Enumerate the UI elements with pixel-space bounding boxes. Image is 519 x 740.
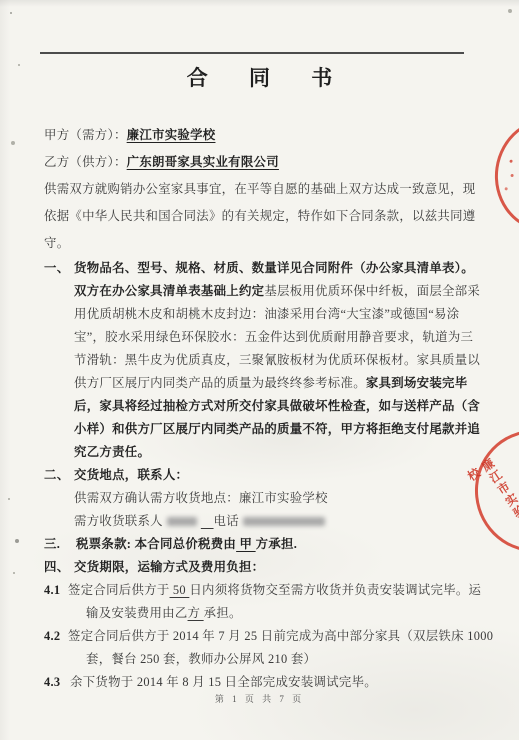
title-rule: [40, 52, 464, 54]
clause-3: 三.税票条款: 本合同总价税费由 甲 方承担.: [44, 533, 488, 556]
redacted-blur: [243, 517, 325, 526]
text-segment: 小样）和供方厂区展厅内同类产品的质量不符，甲方将拒绝支付尾款并追: [74, 422, 480, 436]
text-line: 宝”，胶水采用绿色环保胶水：五金件达到优质耐用静音要求，轨道为三: [74, 326, 488, 349]
text-line: 套，餐台 250 套，教师办公屏风 210 套）: [86, 648, 488, 671]
text-line: 4.3余下货物于 2014 年 8 月 15 日全部完成安装调试完毕。: [44, 671, 488, 694]
clause-2: 二、交货地点，联系人：供需双方确认需方收货地点：廉江市实验学校需方收货联系人 电…: [44, 464, 488, 533]
text-segment: [201, 514, 214, 528]
text-segment: 供需双方确认需方收货地点：廉江市实验学校: [74, 491, 328, 505]
text-segment: 廉江市实验学校: [127, 128, 216, 142]
text-segment: 双方在办公家具清单表基础上约定: [74, 284, 264, 298]
text-line: 4.1签定合同后供方于 50 日内须将货物交至需方收货并负责安装调试完毕。运: [44, 579, 488, 602]
clause-1: 一、货物品名、型号、规格、材质、数量详见合同附件（办公家具清单表）。双方在办公家…: [44, 257, 488, 464]
clause-4-3: 4.3余下货物于 2014 年 8 月 15 日全部完成安装调试完毕。: [44, 671, 488, 694]
text-segment: 供需双方就购销办公室家具事宜，在平等自愿的基础上双方达成一致意见，现: [44, 182, 475, 196]
clause-marker: 4.2: [44, 625, 68, 648]
text-segment: 甲: [236, 537, 256, 551]
text-segment: 交货期限，运输方式及费用负担：: [74, 560, 264, 574]
text-line: 节滑轨：黑牛皮为优质真皮，三聚氰胺板材为优质环保板材。家具质量以: [74, 349, 488, 372]
party-b-line: 乙方（供方）：广东朗哥家具实业有限公司: [44, 149, 488, 176]
text-line: 究乙方责任。: [74, 441, 488, 464]
text-segment: 供方厂区展厅内同类产品的质量为最终终参考标准。: [74, 376, 366, 390]
clause-4-1: 4.1签定合同后供方于 50 日内须将货物交至需方收货并负责安装调试完毕。运输及…: [44, 579, 488, 625]
text-segment: 甲方（需方）：: [44, 128, 127, 142]
clause-marker: 四、: [44, 556, 74, 579]
page-number: 第 1 页 共 7 页: [0, 692, 519, 705]
page-title: 合 同 书: [0, 62, 519, 92]
redacted-blur: [167, 517, 197, 526]
text-line: 四、交货期限，运输方式及费用负担：: [44, 556, 488, 579]
text-segment: 交货地点，联系人：: [74, 468, 188, 482]
scan-speck: [10, 12, 12, 14]
text-segment: 用优质胡桃木皮和胡桃木皮封边：油漆采用台湾“大宝漆”或德国“易涂: [74, 307, 459, 321]
text-line: 需方收货联系人 电话: [74, 510, 488, 533]
party-a-line: 甲方（需方）：廉江市实验学校: [44, 122, 488, 149]
text-segment: 输及安装费用由乙: [86, 606, 188, 620]
preamble: 供需双方就购销办公室家具事宜，在平等自愿的基础上双方达成一致意见，现依据《中华人…: [44, 176, 488, 257]
text-line: 输及安装费用由乙方 承担。: [86, 602, 488, 625]
text-segment: 货物品名、型号、规格、材质、数量详见合同附件（办公家具清单表）。: [74, 261, 474, 275]
text-segment: 依据《中华人民共和国合同法》的有关规定，特作如下合同条款，以兹共同遵: [44, 209, 475, 223]
text-segment: 套，餐台 250 套，教师办公屏风 210 套）: [86, 652, 316, 666]
text-segment: 日内须将货物交至需方收货并负责安装调试完毕。运: [189, 583, 481, 597]
text-segment: 基层板用优质环保中纤板，面层全部采: [264, 284, 480, 298]
contract-body: 甲方（需方）：廉江市实验学校乙方（供方）：广东朗哥家具实业有限公司供需双方就购销…: [44, 122, 488, 694]
text-line: 甲方（需方）：廉江市实验学校: [44, 122, 488, 149]
text-segment: 后，家具将经过抽检方式对所交付家具做破坏性检查，如与送样产品（含: [74, 399, 480, 413]
text-line: 依据《中华人民共和国合同法》的有关规定，特作如下合同条款，以兹共同遵: [44, 203, 488, 230]
text-segment: 签定合同后供方于: [68, 583, 170, 597]
scanned-contract-page: 合 同 书 甲方（需方）：廉江市实验学校乙方（供方）：广东朗哥家具实业有限公司供…: [0, 0, 519, 740]
clause-4: 四、交货期限，运输方式及费用负担：: [44, 556, 488, 579]
text-segment: 方承担.: [256, 537, 297, 551]
text-segment: 签定合同后供方于 2014 年 7 月 25 日前完成为高中部分家具（双层铁床 …: [68, 629, 493, 643]
clause-marker: 一、: [44, 257, 74, 280]
text-line: 供需双方确认需方收货地点：廉江市实验学校: [74, 487, 488, 510]
text-segment: 余下货物于 2014 年 8 月 15 日全部完成安装调试完毕。: [70, 675, 377, 689]
clause-4-2: 4.2签定合同后供方于 2014 年 7 月 25 日前完成为高中部分家具（双层…: [44, 625, 488, 671]
text-segment: 守。: [44, 236, 69, 250]
clause-marker: 三.: [44, 533, 76, 556]
text-segment: 需方收货联系人: [74, 514, 163, 528]
text-line: 供方厂区展厅内同类产品的质量为最终终参考标准。家具到场安装完毕: [74, 372, 488, 395]
text-segment: 电话: [214, 514, 239, 528]
text-line: 双方在办公家具清单表基础上约定基层板用优质环保中纤板，面层全部采: [74, 280, 488, 303]
text-line: 小样）和供方厂区展厅内同类产品的质量不符，甲方将拒绝支付尾款并追: [74, 418, 488, 441]
text-line: 一、货物品名、型号、规格、材质、数量详见合同附件（办公家具清单表）。: [44, 257, 488, 280]
text-segment: 宝”，胶水采用绿色环保胶水：五金件达到优质耐用静音要求，轨道为三: [74, 330, 473, 344]
text-segment: 究乙方责任。: [74, 445, 150, 459]
text-line: 供需双方就购销办公室家具事宜，在平等自愿的基础上双方达成一致意见，现: [44, 176, 488, 203]
text-line: 乙方（供方）：广东朗哥家具实业有限公司: [44, 149, 488, 176]
text-line: 三.税票条款: 本合同总价税费由 甲 方承担.: [44, 533, 488, 556]
text-segment: 方: [188, 606, 204, 620]
text-line: 二、交货地点，联系人：: [44, 464, 488, 487]
text-segment: 乙方（供方）：: [44, 155, 127, 169]
text-line: 用优质胡桃木皮和胡桃木皮封边：油漆采用台湾“大宝漆”或德国“易涂: [74, 303, 488, 326]
text-segment: 家具到场安装完毕: [366, 376, 468, 390]
text-line: 守。: [44, 230, 488, 257]
red-seal-partial-top-icon: [488, 111, 519, 239]
text-segment: 承担。: [204, 606, 242, 620]
text-segment: 50: [170, 583, 190, 597]
text-segment: 税票条款: 本合同总价税费由: [76, 537, 236, 551]
text-segment: 节滑轨：黑牛皮为优质真皮，三聚氰胺板材为优质环保板材。家具质量以: [74, 353, 480, 367]
text-line: 4.2签定合同后供方于 2014 年 7 月 25 日前完成为高中部分家具（双层…: [44, 625, 488, 648]
text-segment: 广东朗哥家具实业有限公司: [127, 155, 279, 169]
clause-marker: 二、: [44, 464, 74, 487]
text-line: 后，家具将经过抽检方式对所交付家具做破坏性检查，如与送样产品（含: [74, 395, 488, 418]
clause-marker: 4.1: [44, 579, 68, 602]
clause-marker: 4.3: [44, 671, 70, 694]
